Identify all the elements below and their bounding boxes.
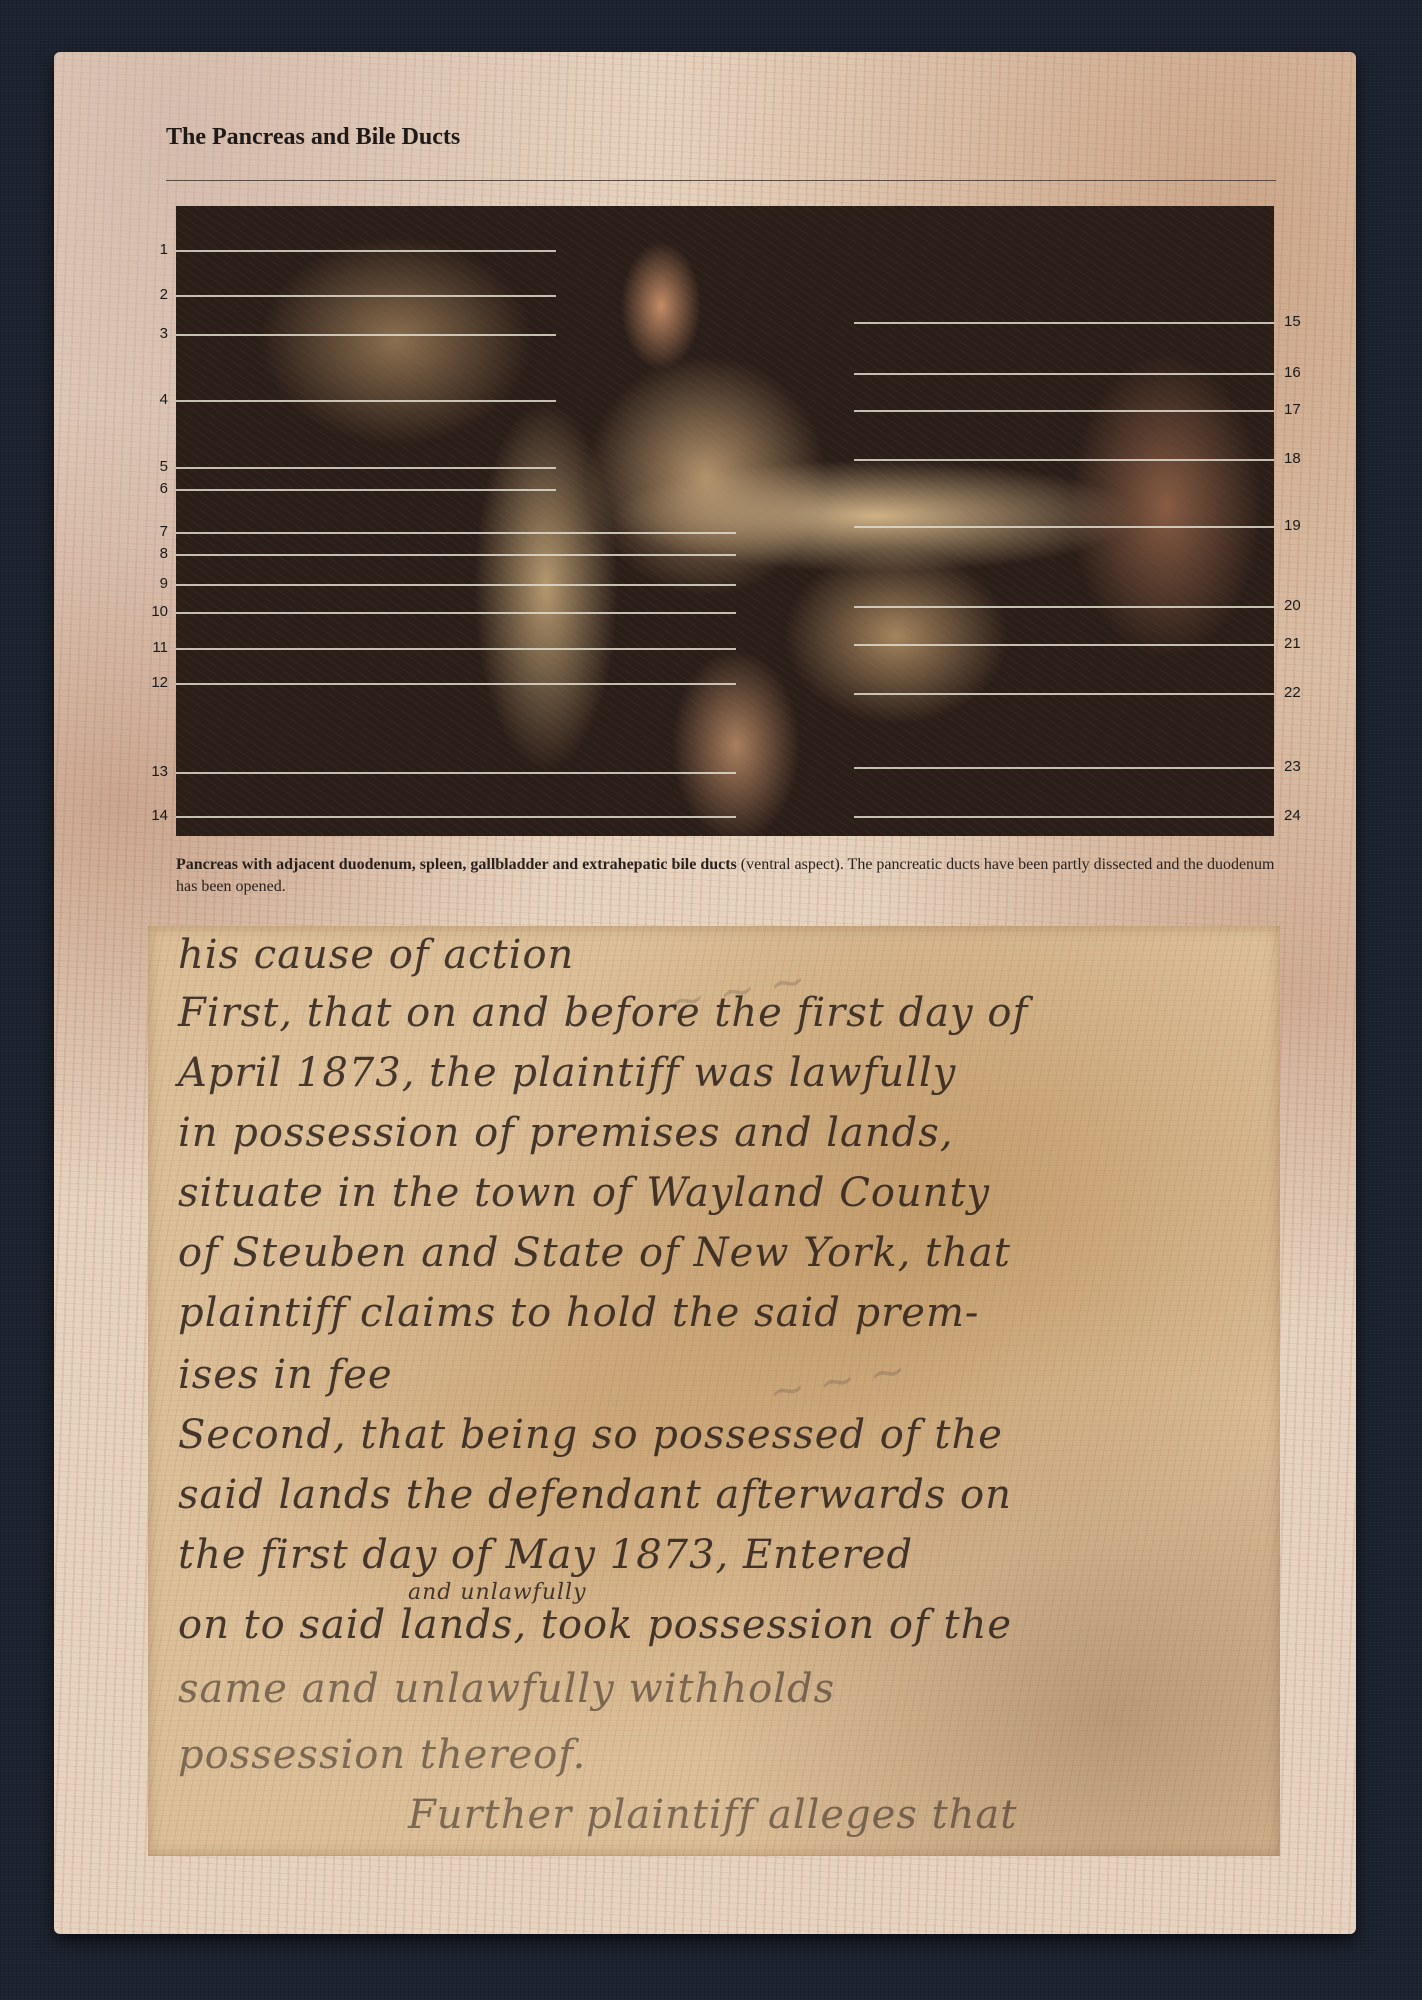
label-leader-line bbox=[854, 767, 1274, 769]
label-leader-line bbox=[176, 772, 736, 774]
figure-label-number: 1 bbox=[142, 241, 168, 258]
figure-label-number: 15 bbox=[1284, 313, 1301, 330]
letter-line: same and unlawfully withholds bbox=[178, 1666, 835, 1712]
label-leader-line bbox=[854, 693, 1274, 695]
label-leader-line bbox=[854, 322, 1274, 324]
figure-label-number: 13 bbox=[142, 763, 168, 780]
label-leader-line bbox=[176, 816, 736, 818]
figure-label-number: 4 bbox=[142, 391, 168, 408]
figure-label-number: 18 bbox=[1284, 450, 1301, 467]
letter-line: in possession of premises and lands, bbox=[178, 1110, 953, 1156]
figure-label-number: 9 bbox=[142, 575, 168, 592]
figure-label-number: 21 bbox=[1284, 635, 1301, 652]
label-leader-line bbox=[854, 373, 1274, 375]
figure-label-number: 23 bbox=[1284, 758, 1301, 775]
figure-label-number: 14 bbox=[142, 807, 168, 824]
label-leader-line bbox=[854, 816, 1274, 818]
label-leader-line bbox=[176, 584, 736, 586]
figure-label-number: 3 bbox=[142, 325, 168, 342]
figure-label-number: 16 bbox=[1284, 364, 1301, 381]
label-leader-line bbox=[854, 410, 1274, 412]
label-leader-line bbox=[854, 526, 1274, 528]
letter-line: his cause of action bbox=[178, 932, 574, 978]
letter-line: of Steuben and State of New York, that bbox=[178, 1230, 1011, 1276]
letter-line: Further plaintiff alleges that bbox=[408, 1792, 1017, 1838]
label-leader-line bbox=[176, 334, 556, 336]
figure-label-number: 5 bbox=[142, 458, 168, 475]
letter-line: situate in the town of Wayland County bbox=[178, 1170, 990, 1216]
letter-line: Second, that being so possessed of the bbox=[178, 1412, 1003, 1458]
figure-label-number: 17 bbox=[1284, 401, 1301, 418]
figure-label-number: 11 bbox=[142, 639, 168, 656]
caption-bold: Pancreas with adjacent duodenum, spleen,… bbox=[176, 856, 737, 873]
figure-label-number: 8 bbox=[142, 545, 168, 562]
letter-line: possession thereof. bbox=[178, 1732, 586, 1778]
label-leader-line bbox=[854, 606, 1274, 608]
letter-line: said lands the defendant afterwards on bbox=[178, 1472, 1012, 1518]
label-leader-line bbox=[854, 459, 1274, 461]
bleed-through-text: ~ ~ ~ bbox=[765, 1344, 910, 1418]
letter-line: plaintiff claims to hold the said prem- bbox=[178, 1290, 979, 1336]
letter-line: on to said lands, took possession of the bbox=[178, 1602, 1012, 1648]
label-leader-line bbox=[854, 644, 1274, 646]
label-leader-line bbox=[176, 295, 556, 297]
figure-label-number: 19 bbox=[1284, 517, 1301, 534]
figure-label-number: 6 bbox=[142, 480, 168, 497]
letter-line: April 1873, the plaintiff was lawfully bbox=[178, 1050, 956, 1096]
letter-line: the first day of May 1873, Entered bbox=[178, 1532, 913, 1578]
anatomy-photo bbox=[176, 206, 1274, 836]
figure-label-number: 2 bbox=[142, 286, 168, 303]
label-leader-line bbox=[176, 400, 556, 402]
letter-line: First, that on and before the first day … bbox=[178, 990, 1028, 1036]
title-divider bbox=[166, 180, 1276, 181]
label-leader-line bbox=[176, 532, 736, 534]
label-leader-line bbox=[176, 467, 556, 469]
figure-label-number: 12 bbox=[142, 674, 168, 691]
figure-label-number: 22 bbox=[1284, 684, 1301, 701]
figure-label-number: 10 bbox=[142, 603, 168, 620]
label-leader-line bbox=[176, 648, 736, 650]
label-leader-line bbox=[176, 554, 736, 556]
letter-line: ises in fee bbox=[178, 1352, 393, 1398]
label-leader-line bbox=[176, 612, 736, 614]
label-leader-line bbox=[176, 683, 736, 685]
label-leader-line bbox=[176, 250, 556, 252]
figure-label-number: 24 bbox=[1284, 807, 1301, 824]
page-title: The Pancreas and Bile Ducts bbox=[166, 124, 460, 151]
figure-caption: Pancreas with adjacent duodenum, spleen,… bbox=[176, 854, 1276, 898]
handwritten-letter: ~ ~ ~ ~ ~ ~ his cause of action First, t… bbox=[148, 926, 1280, 1856]
figure-label-number: 7 bbox=[142, 523, 168, 540]
label-leader-line bbox=[176, 489, 556, 491]
figure-label-number: 20 bbox=[1284, 597, 1301, 614]
